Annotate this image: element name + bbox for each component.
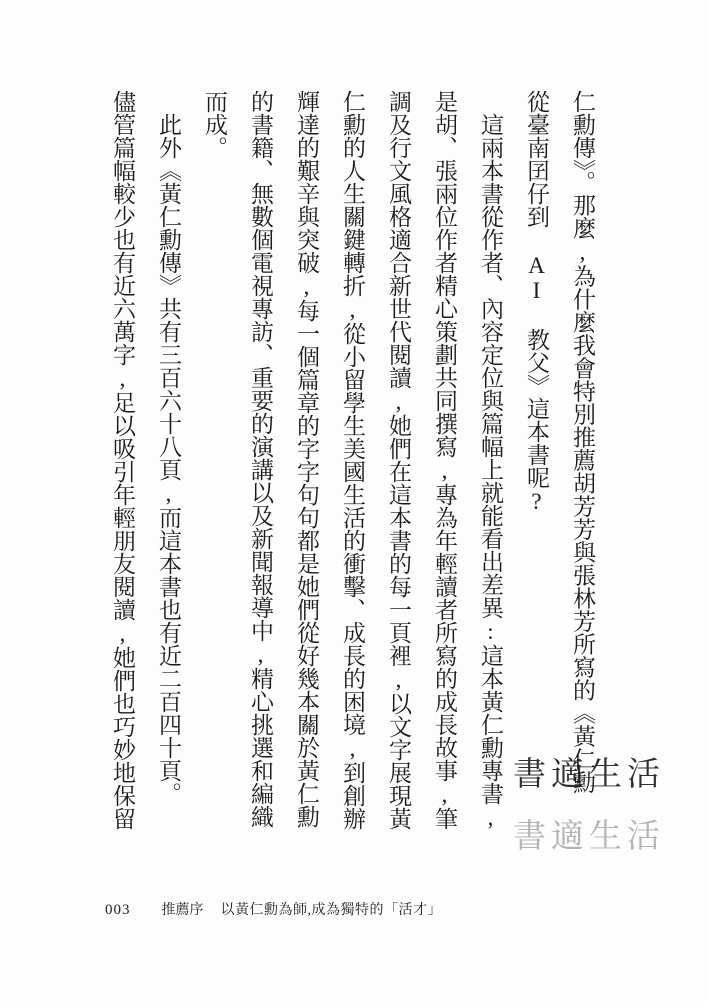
text-column-1: 仁勳傳》。那麼,為什麼我會特別推薦胡芳芳與張林芳所寫的《黃仁勳: [559, 90, 605, 810]
body-text-block: 仁勳傳》。那麼,為什麼我會特別推薦胡芳芳與張林芳所寫的《黃仁勳 從臺南囝仔到 A…: [99, 90, 605, 810]
text-column-3: 這兩本書從作者、內容定位與篇幅上就能看出差異:這本黃仁勳專書,: [467, 90, 513, 810]
page-footer: 003 推薦序 以黃仁勳為師,成為獨特的「活才」: [105, 899, 442, 919]
text-column-10: 此外《黃仁勳傳》共有三百六十八頁,而這本書也有近二百四十頁。: [145, 90, 191, 810]
section-label: 推薦序: [162, 899, 204, 919]
text-column-6: 仁勳的人生關鍵轉折,從小留學生美國生活的衝擊、成長的困境,到創辦: [329, 90, 375, 810]
text-column-8: 的書籍、無數個電視專訪、重要的演講以及新聞報導中,精心挑選和編織: [237, 90, 283, 810]
text-column-9: 而成。: [191, 90, 237, 810]
text-column-5: 調及行文風格適合新世代閱讀,她們在這本書的每一頁裡,以文字展現黃: [375, 90, 421, 810]
publisher-watermark-light: 書適生活: [513, 810, 665, 857]
section-title: 以黃仁勳為師,成為獨特的「活才」: [221, 899, 443, 919]
text-column-2: 從臺南囝仔到 AI 教父》這本書呢?: [513, 90, 559, 810]
text-column-4: 是胡、張兩位作者精心策劃共同撰寫,專為年輕讀者所寫的成長故事,筆: [421, 90, 467, 810]
text-column-7: 輝達的艱辛與突破,每一個篇章的字字句句都是她們從好幾本關於黃仁勳: [283, 90, 329, 810]
book-page: 仁勳傳》。那麼,為什麼我會特別推薦胡芳芳與張林芳所寫的《黃仁勳 從臺南囝仔到 A…: [0, 0, 709, 1005]
page-number: 003: [105, 902, 131, 919]
text-column-11: 儘管篇幅較少也有近六萬字,足以吸引年輕朋友閱讀,她們也巧妙地保留: [99, 90, 145, 810]
